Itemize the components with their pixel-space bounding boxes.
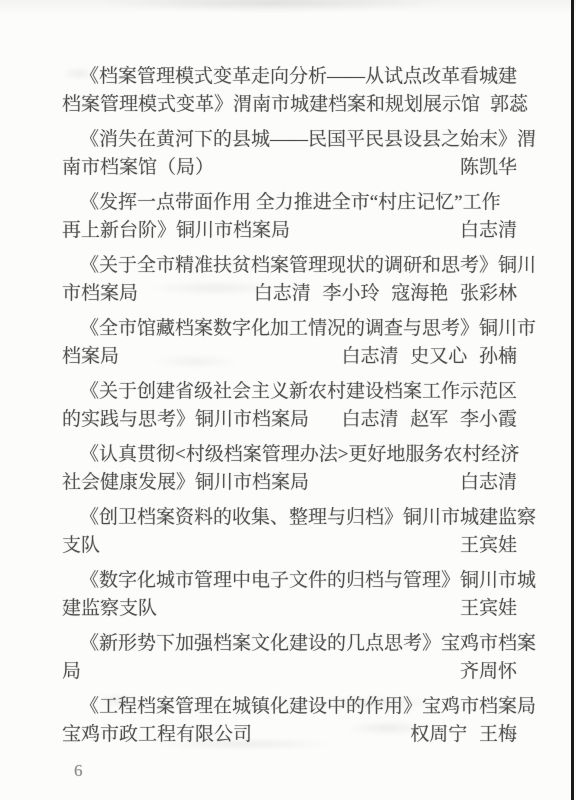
award-entry: 《创卫档案资料的收集、整理与归档》铜川市城建监察 支队 王宾娃 <box>62 504 517 560</box>
award-entry: 《发挥一点带面作用 全力推进全市“村庄记忆”工作 再上新台阶》铜川市档案局 白志… <box>62 189 517 245</box>
entry-authors: 王宾娃 <box>450 532 517 560</box>
entry-authors: 齐周怀 <box>450 658 517 686</box>
award-entry: 《新形势下加强档案文化建设的几点思考》宝鸡市档案 局 齐周怀 <box>62 630 517 686</box>
entry-title-line: 《工程档案管理在城镇化建设中的作用》宝鸡市档案局 <box>62 693 517 721</box>
scan-edge-line <box>571 0 574 800</box>
entry-continuation: 档案管理模式变革》渭南市城建档案和规划展示馆 <box>62 91 480 119</box>
entry-authors: 白志清 史又心 孙楠 <box>331 343 517 371</box>
entry-title-line: 《数字化城市管理中电子文件的归档与管理》铜川市城 <box>62 567 517 595</box>
entry-continuation: 南市档案馆（局） <box>62 154 214 182</box>
award-entry: 《数字化城市管理中电子文件的归档与管理》铜川市城 建监察支队 王宾娃 <box>62 567 517 623</box>
scanned-page: 《档案管理模式变革走向分析——从试点改革看城建 档案管理模式变革》渭南市城建档案… <box>0 0 576 800</box>
entry-title-line: 《全市馆藏档案数字化加工情况的调查与思考》铜川市 <box>62 315 517 343</box>
award-entry: 《认真贯彻<村级档案管理办法>更好地服务农村经济 社会健康发展》铜川市档案局 白… <box>62 441 517 497</box>
entry-authors: 郭蕊 <box>480 91 528 119</box>
award-entry: 《全市馆藏档案数字化加工情况的调查与思考》铜川市 档案局 白志清 史又心 孙楠 <box>62 315 517 371</box>
entry-continuation: 市档案局 <box>62 280 138 308</box>
award-entry: 《消失在黄河下的县城——民国平民县设县之始末》渭 南市档案馆（局） 陈凯华 <box>62 126 517 182</box>
page-number: 6 <box>74 761 83 781</box>
entry-title-line: 《认真贯彻<村级档案管理办法>更好地服务农村经济 <box>62 441 517 469</box>
entry-authors: 白志清 <box>450 469 517 497</box>
entry-continuation: 的实践与思考》铜川市档案局 <box>62 406 309 434</box>
entry-authors: 权周宁 王梅 <box>400 721 517 749</box>
entry-title-line: 《消失在黄河下的县城——民国平民县设县之始末》渭 <box>62 126 517 154</box>
entry-title-line: 《关于创建省级社会主义新农村建设档案工作示范区 <box>62 378 517 406</box>
entry-continuation: 宝鸡市政工程有限公司 <box>62 721 252 749</box>
entry-continuation: 再上新台阶》铜川市档案局 <box>62 217 290 245</box>
award-entry: 《关于创建省级社会主义新农村建设档案工作示范区 的实践与思考》铜川市档案局 白志… <box>62 378 517 434</box>
entry-title-line: 《创卫档案资料的收集、整理与归档》铜川市城建监察 <box>62 504 517 532</box>
entry-title-line: 《关于全市精准扶贫档案管理现状的调研和思考》铜川 <box>62 252 517 280</box>
entry-authors: 白志清 赵军 李小霞 <box>331 406 517 434</box>
entry-continuation: 局 <box>62 658 81 686</box>
entry-continuation: 社会健康发展》铜川市档案局 <box>62 469 309 497</box>
entry-continuation: 档案局 <box>62 343 119 371</box>
entry-title-line: 《发挥一点带面作用 全力推进全市“村庄记忆”工作 <box>62 189 517 217</box>
award-entry: 《档案管理模式变革走向分析——从试点改革看城建 档案管理模式变革》渭南市城建档案… <box>62 63 517 119</box>
entry-title-line: 《档案管理模式变革走向分析——从试点改革看城建 <box>62 63 517 91</box>
entry-authors: 王宾娃 <box>450 595 517 623</box>
entry-authors: 白志清 <box>450 217 517 245</box>
entry-title-line: 《新形势下加强档案文化建设的几点思考》宝鸡市档案 <box>62 630 517 658</box>
entry-authors: 陈凯华 <box>450 154 517 182</box>
award-entry: 《关于全市精准扶贫档案管理现状的调研和思考》铜川 市档案局 白志清 李小玲 寇海… <box>62 252 517 308</box>
entry-continuation: 建监察支队 <box>62 595 157 623</box>
entry-continuation: 支队 <box>62 532 100 560</box>
entry-authors: 白志清 李小玲 寇海艳 张彩林 <box>244 280 517 308</box>
scan-artifact <box>95 0 450 11</box>
award-list: 《档案管理模式变革走向分析——从试点改革看城建 档案管理模式变革》渭南市城建档案… <box>62 63 517 749</box>
award-entry: 《工程档案管理在城镇化建设中的作用》宝鸡市档案局 宝鸡市政工程有限公司 权周宁 … <box>62 693 517 749</box>
